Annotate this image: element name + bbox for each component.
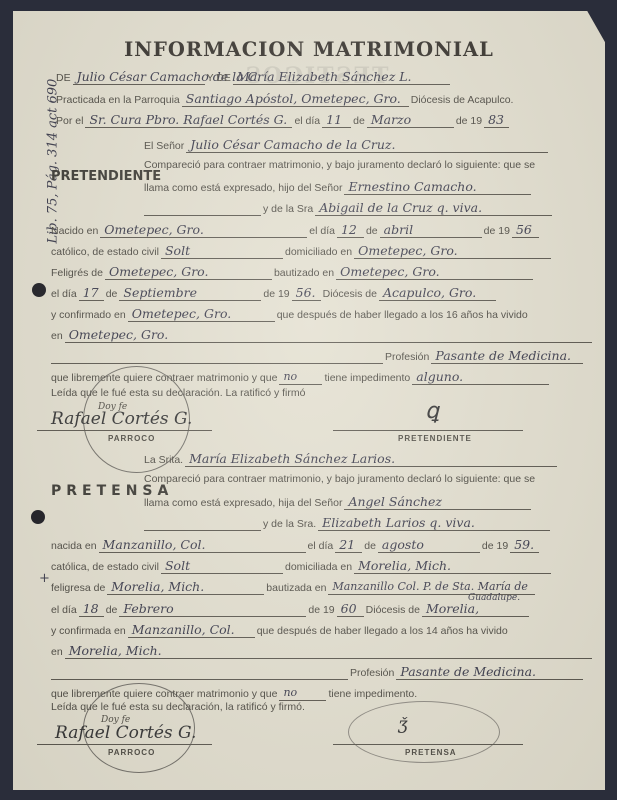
groom-profession-field: Pasante de Medicina. [431,348,583,364]
year-field: 83 [484,112,509,128]
bride-parish-line: feligresa de Morelia, Mich. bautizada en… [51,579,537,595]
parroco-label: PARROCO [108,748,155,757]
parroco-signature: Rafael Cortés G. [51,409,192,429]
de-label: DE [56,72,73,85]
groom-birth-month-field: abril [380,222,482,238]
bride-bapt-diocese-field: Morelia, [422,601,529,617]
confirmado-label: y confirmado en [51,309,128,322]
year-prefix-label: de 19 [456,115,484,128]
catolica-label: católica, de estado civil [51,561,161,574]
bride-profession-line: Profesión Pasante de Medicina. [51,664,585,680]
parish-label: Practicada en la Parroquia [56,94,182,107]
groom-confirmed-field: Ometepec, Gro. [128,306,275,322]
y-de-label: Y DE [207,72,233,85]
parroco-signature-line [37,744,212,745]
bride-birth-line: nacida en Manzanillo, Col. el día 21 de … [51,537,541,553]
groom-name-line: El Señor Julio César Camacho de la Cruz. [144,137,550,153]
groom-impediment-field: alguno. [412,369,549,385]
impedimento-label: tiene impedimento. [328,688,419,701]
bride-name-field: María Elizabeth Sánchez Larios. [185,451,557,467]
blank-field [51,348,383,364]
bride-short-field: María Elizabeth Sánchez L. [233,69,450,85]
el-dia-label: el día [51,604,79,617]
groom-baptized-field: Ometepec, Gro. [336,264,533,280]
nacido-label: Nacido en [51,225,100,238]
en-label: en [51,330,65,343]
bautizado-label: bautizado en [274,267,336,280]
en-label: en [51,646,65,659]
impedimento-label: tiene impedimento [324,372,412,385]
bride-bapt-day-field: 18 [79,601,104,617]
groom-profession-line: Profesión Pasante de Medicina. [51,348,585,364]
groom-baptism-date-line: el día 17 de Septiembre de 19 56. Dióces… [51,285,498,301]
bride-lived-line: en Morelia, Mich. [51,643,594,659]
bride-declaration-line: Compareció para contraer matrimonio, y b… [144,473,537,486]
year-prefix-label: de 19 [308,604,336,617]
punch-hole-top [32,283,46,297]
bride-profession-field: Pasante de Medicina. [396,664,583,680]
groom-name-field: Julio César Camacho de la Cruz. [186,137,548,153]
bride-birthplace-field: Manzanillo, Col. [99,537,306,553]
pretendiente-signature-line [333,430,523,431]
punch-hole-bottom [31,510,45,524]
el-dia-label: el día [294,115,322,128]
domiciliada-label: domiciliada en [285,561,354,574]
parroco-signature-line [37,430,212,431]
pretendiente-label: PRETENDIENTE [398,434,472,443]
de-label: de [364,540,378,553]
bride-domicile-field: Morelia, Mich. [354,558,551,574]
bride-mother-field: Elizabeth Larios q. viva. [318,515,550,531]
bride-civil-line: católica, de estado civil Solt domicilia… [51,558,553,574]
por-el-label: Por el [56,115,85,128]
bride-impediment-neg-field: no [279,685,326,701]
year-prefix-label: de 19 [482,540,510,553]
feligres-label: Feligrés de [51,267,105,280]
bride-baptism-date-line: el día 18 de Febrero de 19 60 Diócesis d… [51,601,531,617]
confirmada-label: y confirmada en [51,625,128,638]
bride-birth-day-field: 21 [335,537,362,553]
header-names-line: DE Julio César Camacho de la C. Y DE Mar… [56,69,452,85]
hija-label: llama como está expresado, hija del Seño… [144,497,344,510]
groom-birth-line: Nacido en Ometepec, Gro. el día 12 de ab… [51,222,541,238]
bride-bapt-year-field: 60 [337,601,364,617]
hijo-label: llama como está expresado, hijo del Seño… [144,182,344,195]
groom-bapt-diocese-field: Acapulco, Gro. [379,285,496,301]
bride-name-line: La Srita. María Elizabeth Sánchez Larios… [144,451,559,467]
year-prefix-label: de 19 [484,225,512,238]
el-dia-label: el día [51,288,79,301]
blank-field [51,664,348,680]
parroco-signature: Rafael Cortés G. [55,723,196,743]
pretensa-signature-line [333,744,523,745]
pretensa-label: PRETENSA [405,748,457,757]
groom-declaration-line: Compareció para contraer matrimonio, y b… [144,159,537,172]
bride-birth-month-field: agosto [378,537,480,553]
month-field: Marzo [367,112,454,128]
de-label: de [353,115,367,128]
diocesis-label: Diócesis de [323,288,379,301]
year-prefix-label: de 19 [263,288,291,301]
de-label: de [366,225,380,238]
srita-label: La Srita. [144,454,185,467]
groom-mother-line: y de la Sra Abigail de la Cruz q. viva. [144,200,554,216]
parroco-label: PARROCO [108,434,155,443]
bride-confirmation-line: y confirmada en Manzanillo, Col. que des… [51,622,510,638]
groom-confirmation-line: y confirmado en Ometepec, Gro. que despu… [51,306,530,322]
el-dia-label: el día [309,225,337,238]
diocese-label: Diócesis de Acapulco. [411,94,516,107]
sra-label: y de la Sra [263,203,315,216]
nacida-label: nacida en [51,540,99,553]
de-label: de [106,604,120,617]
groom-civil-status-field: Solt [161,243,283,259]
groom-parish-line: Feligrés de Ometepec, Gro. bautizado en … [51,264,535,280]
parish-field: Santiago Apóstol, Ometepec, Gro. [182,91,409,107]
groom-civil-line: católico, de estado civil Solt domicilia… [51,243,553,259]
declaration-text: Compareció para contraer matrimonio, y b… [144,473,537,486]
senor-label: El Señor [144,140,186,153]
declaration-text: Compareció para contraer matrimonio, y b… [144,159,537,172]
groom-lived-in-field: Ometepec, Gro. [65,327,592,343]
bride-parish-member-field: Morelia, Mich. [107,579,264,595]
lived-label: que después de haber llegado a los 16 añ… [277,309,530,322]
groom-bapt-year-field: 56. [292,285,321,301]
feligresa-label: feligresa de [51,582,107,595]
groom-birth-year-field: 56 [512,222,539,238]
diocesis-label: Diócesis de [366,604,422,617]
bride-mother-line: y de la Sra. Elizabeth Larios q. viva. [144,515,552,531]
de-label: de [106,288,120,301]
groom-birthplace-field: Ometepec, Gro. [100,222,307,238]
bautizada-label: bautizada en [266,582,328,595]
bride-father-line: llama como está expresado, hija del Seño… [144,494,533,510]
profesion-label: Profesión [350,667,396,680]
domiciliado-label: domiciliado en [285,246,354,259]
document-title: INFORMACION MATRIMONIAL [13,38,605,61]
margin-mark: + [39,571,50,586]
blank-field [144,515,261,531]
sra-label: y de la Sra. [263,518,318,531]
blank-field [144,200,261,216]
bride-civil-status-field: Solt [161,558,283,574]
groom-birth-day-field: 12 [337,222,364,238]
groom-father-field: Ernestino Camacho. [344,179,531,195]
profesion-label: Profesión [385,351,431,364]
bride-lived-in-field: Morelia, Mich. [65,643,592,659]
groom-domicile-field: Ometepec, Gro. [354,243,551,259]
pretendiente-signature: ꝗ [425,399,439,424]
document-page: TESTIGOS INFORMACION MATRIMONIAL Lib. 75… [13,11,605,790]
catolico-label: católico, de estado civil [51,246,161,259]
bride-bapt-month-field: Febrero [119,601,306,617]
officiant-field: Sr. Cura Pbro. Rafael Cortés G. [85,112,292,128]
groom-short-field: Julio César Camacho de la C. [73,69,205,85]
groom-father-line: llama como está expresado, hijo del Seño… [144,179,533,195]
groom-parish-member-field: Ometepec, Gro. [105,264,272,280]
bride-father-field: Angel Sánchez [344,494,531,510]
groom-lived-line: en Ometepec, Gro. [51,327,594,343]
groom-bapt-day-field: 17 [79,285,104,301]
officiant-line: Por el Sr. Cura Pbro. Rafael Cortés G. e… [56,112,511,128]
groom-bapt-month-field: Septiembre [119,285,261,301]
day-field: 11 [322,112,351,128]
lived-label: que después de haber llegado a los 14 añ… [257,625,510,638]
groom-impediment-neg-field: no [279,369,322,385]
pretensa-signature: Ǯ [398,718,408,738]
bride-confirmed-field: Manzanillo, Col. [128,622,255,638]
el-dia-label: el día [308,540,336,553]
bride-birth-year-field: 59. [510,537,539,553]
parish-line: Practicada en la Parroquia Santiago Após… [56,91,515,107]
groom-mother-field: Abigail de la Cruz q. viva. [315,200,552,216]
